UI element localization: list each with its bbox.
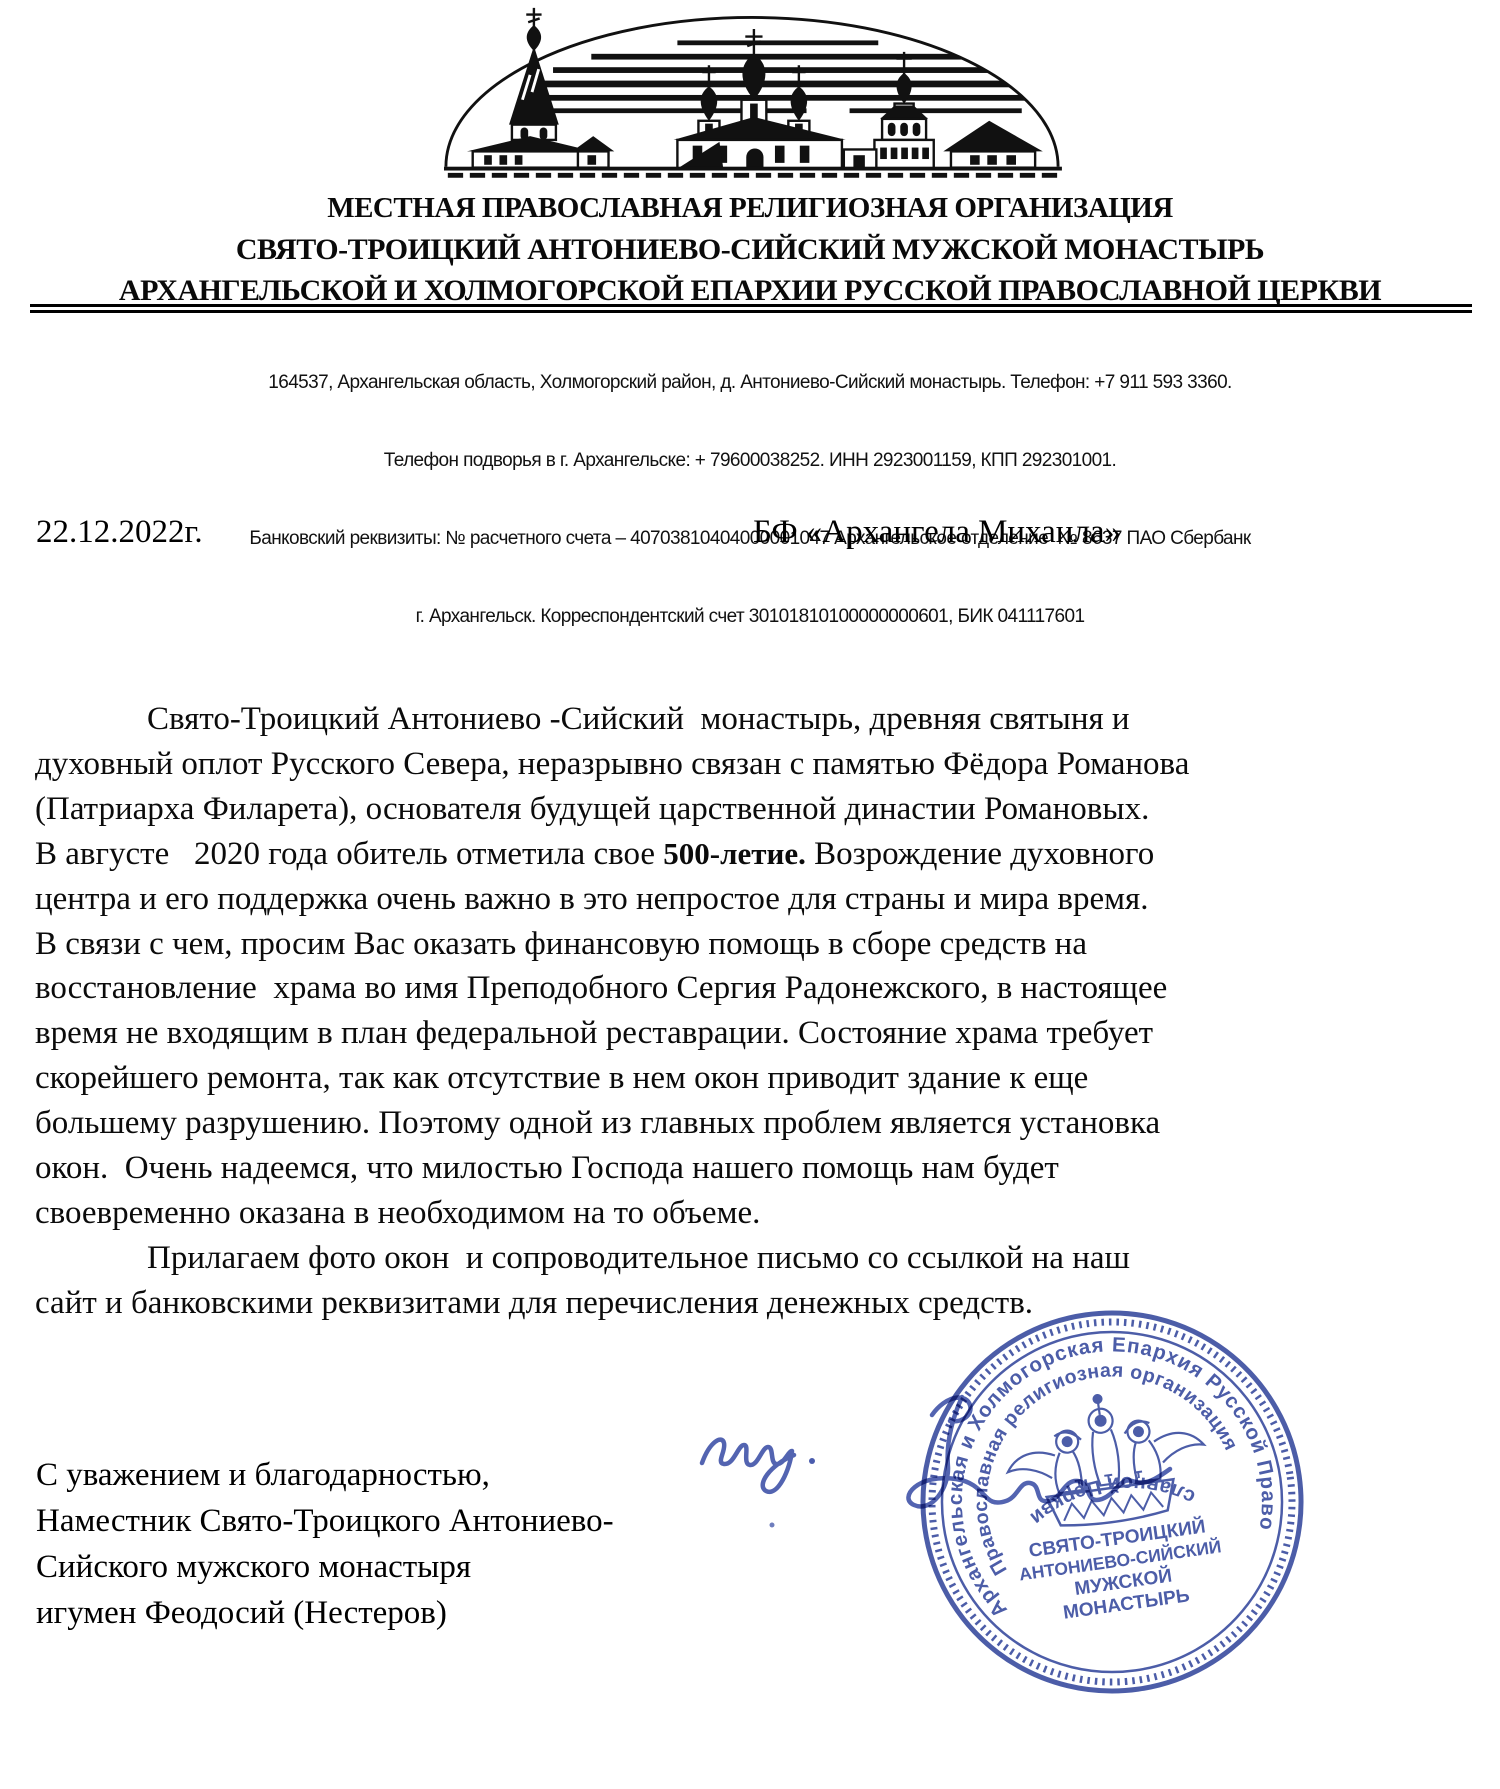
org-name: МЕСТНАЯ ПРАВОСЛАВНАЯ РЕЛИГИОЗНАЯ ОРГАНИЗ… [0, 188, 1500, 311]
closing-line-3: Сийского мужского монастыря [36, 1544, 614, 1590]
sky-hatching [520, 40, 1032, 113]
closing-block: С уважением и благодарностью, Наместник … [36, 1452, 614, 1636]
body-line: В связи с чем, просим Вас оказать финанс… [35, 922, 1480, 967]
body-line: Прилагаем фото окон и сопроводительное п… [35, 1236, 1480, 1281]
org-name-line-1: МЕСТНАЯ ПРАВОСЛАВНАЯ РЕЛИГИОЗНАЯ ОРГАНИЗ… [0, 188, 1500, 229]
letter-body: Свято-Троицкий Антониево -Сийский монаст… [35, 697, 1480, 1326]
closing-line-4: игумен Феодосий (Нестеров) [36, 1590, 614, 1636]
body-line: духовный оплот Русского Севера, неразрыв… [35, 742, 1480, 787]
contact-line-phone-inn: Телефон подворья в г. Архангельске: + 79… [0, 448, 1500, 474]
letter-date: 22.12.2022г. [36, 514, 203, 551]
body-line: центра и его поддержка очень важно в это… [35, 877, 1480, 922]
body-line: своевременно оказана в необходимом на то… [35, 1191, 1480, 1236]
org-name-line-2: СВЯТО-ТРОИЦКИЙ АНТОНИЕВО-СИЙСКИЙ МУЖСКОЙ… [0, 229, 1500, 270]
bell-tower [467, 8, 614, 168]
body-line: окон. Очень надеемся, что милостью Госпо… [35, 1146, 1480, 1191]
body-line: Свято-Троицкий Антониево -Сийский монаст… [35, 697, 1480, 742]
body-line: скорейшего ремонта, так как отсутствие в… [35, 1056, 1480, 1101]
closing-line-2: Наместник Свято-Троицкого Антониево- [36, 1498, 614, 1544]
body-line: восстановление храма во имя Преподобного… [35, 966, 1480, 1011]
contact-details: 164537, Архангельская область, Холмогорс… [0, 318, 1500, 682]
contact-line-address: 164537, Архангельская область, Холмогорс… [0, 370, 1500, 396]
contact-line-corr-account: г. Архангельск. Корреспондентский счет 3… [0, 604, 1500, 630]
right-house [943, 121, 1042, 168]
contact-line-bank-account: Банковский реквизиты: № расчетного счета… [0, 526, 1500, 552]
body-line: В августе 2020 года обитель отметила сво… [35, 832, 1480, 877]
monastery-stamp: Архангельская и Холмогорская Епархия Рус… [912, 1302, 1312, 1702]
body-line: (Патриарха Филарета), основателя будущей… [35, 787, 1480, 832]
closing-line-1: С уважением и благодарностью, [36, 1452, 614, 1498]
monastery-engraving-illustration [424, 6, 1080, 182]
body-line: время не входящим в план федеральной рес… [35, 1011, 1480, 1056]
double-rule [30, 304, 1472, 313]
stamp-center-text: СВЯТО-ТРОИЦКИЙ АНТОНИЕВО-СИЙСКИЙ МУЖСКОЙ… [1015, 1514, 1229, 1630]
letter-page: МЕСТНАЯ ПРАВОСЛАВНАЯ РЕЛИГИОЗНАЯ ОРГАНИЗ… [0, 0, 1500, 1789]
recipient: БФ «Архангела Михаила» [753, 514, 1121, 551]
body-line: большему разрушению. Поэтому одной из гл… [35, 1101, 1480, 1146]
